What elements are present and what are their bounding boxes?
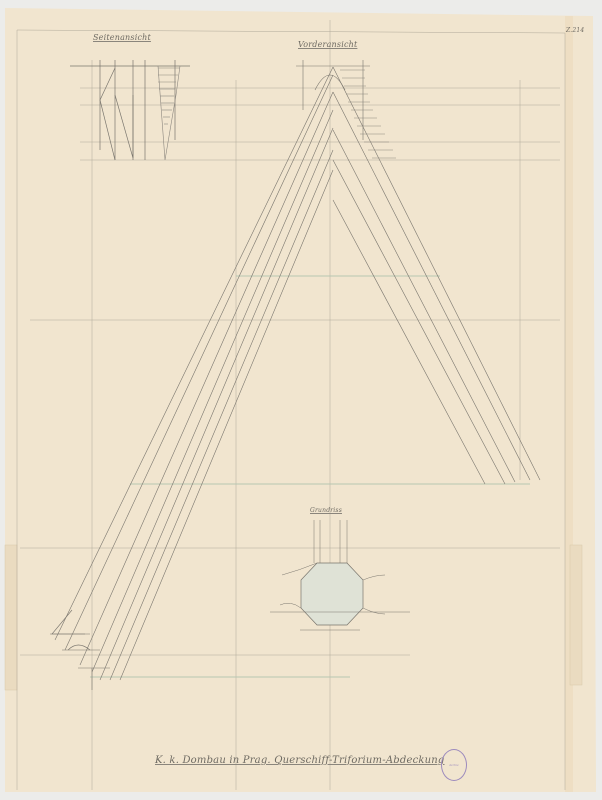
plan-label: Grundriss <box>310 507 342 514</box>
drawing-caption: K. k. Dombau in Prag. Querschiff-Trifori… <box>155 755 445 766</box>
archive-stamp: Archiv <box>441 749 467 781</box>
front-view-label: Vorderansicht <box>298 40 357 49</box>
side-view-label: Seitenansicht <box>93 33 151 42</box>
drawing-sheet: Seitenansicht Vorderansicht Grundriss Z.… <box>0 0 602 800</box>
stamp-text: Archiv <box>449 763 458 767</box>
paper <box>5 8 596 792</box>
sheet-number: Z.214 <box>566 27 584 34</box>
drawing-canvas <box>0 0 602 800</box>
